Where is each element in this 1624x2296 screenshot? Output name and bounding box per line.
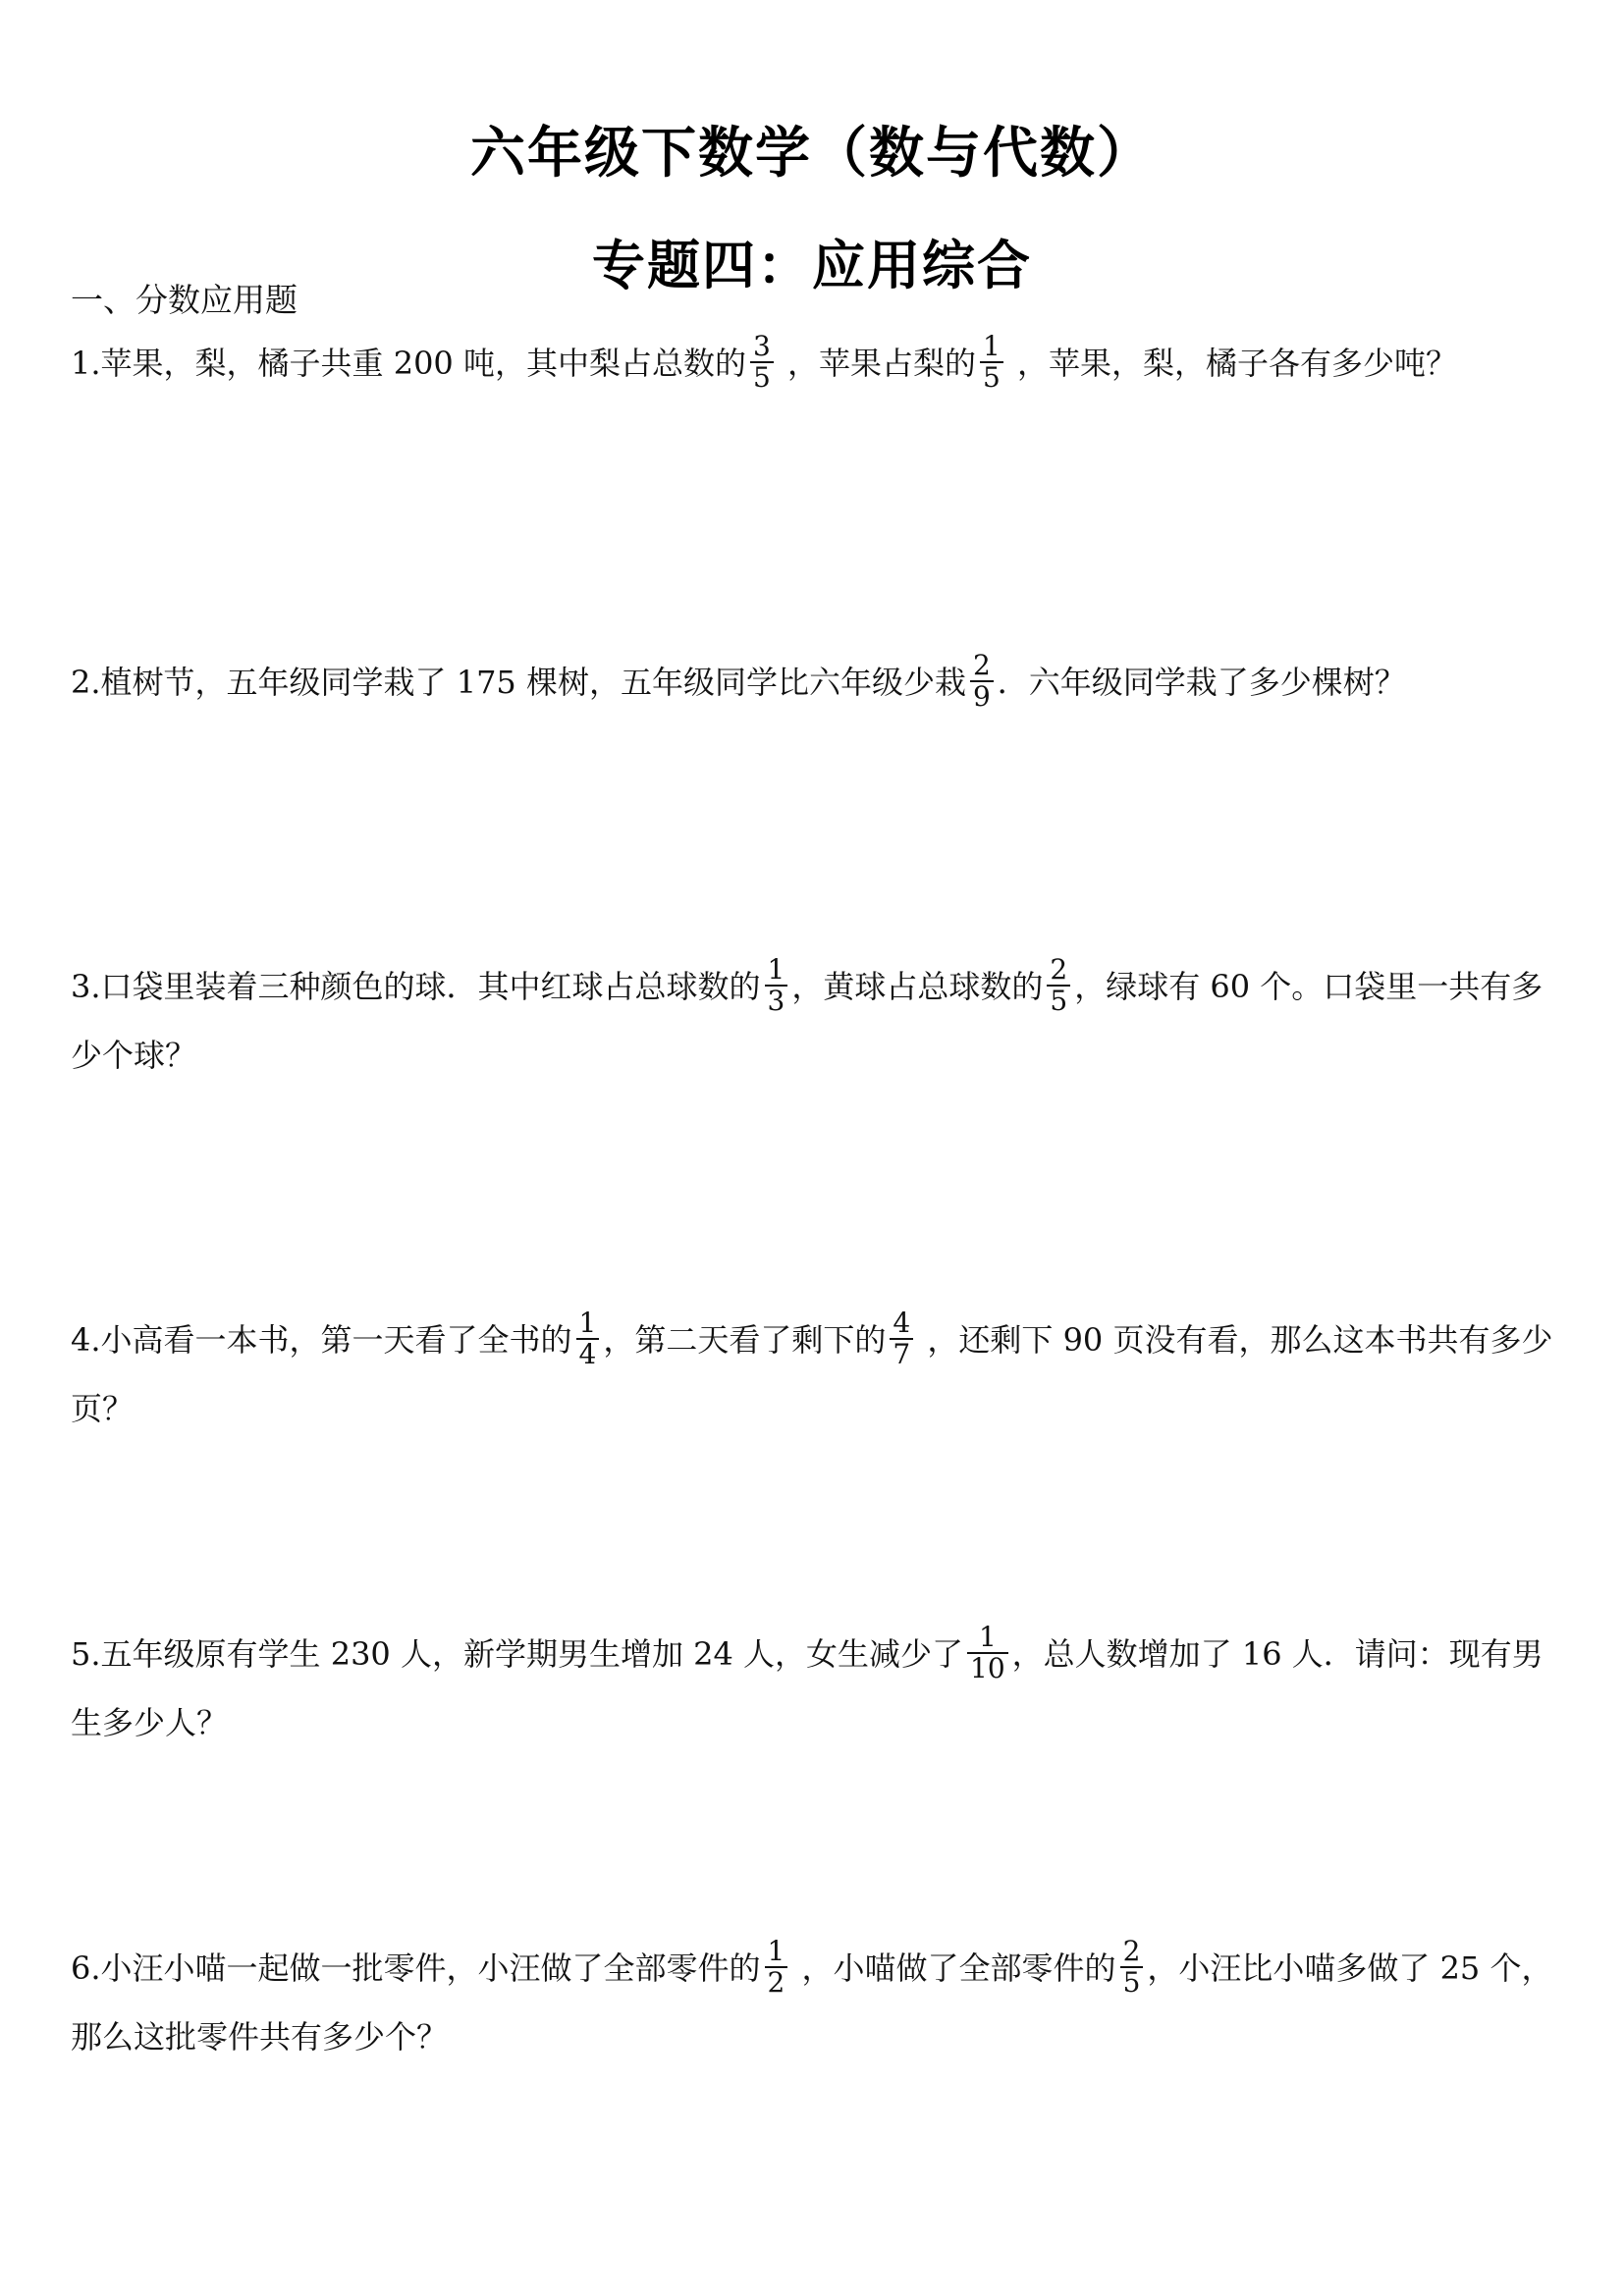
question-number: 4. (71, 1321, 101, 1359)
question-3: 3.口袋里装着三种颜色的球．其中红球占总球数的13，黄球占总球数的25，绿球有 … (71, 952, 1563, 1090)
question-6: 6.小汪小喵一起做一批零件，小汪做了全部零件的12 ，小喵做了全部零件的25，小… (71, 1934, 1563, 2071)
page-title: 六年级下数学（数与代数） (0, 110, 1624, 188)
fraction: 14 (576, 1308, 600, 1368)
question-5: 5.五年级原有学生 230 人，新学期男生增加 24 人，女生减少了110，总人… (71, 1620, 1563, 1757)
fraction: 12 (765, 1937, 788, 1997)
fraction-numerator: 4 (890, 1308, 913, 1337)
fraction-numerator: 1 (980, 332, 1003, 360)
fraction-denominator: 5 (750, 361, 774, 392)
question-text: ，苹果占梨的 (778, 345, 976, 382)
fraction-denominator: 10 (967, 1652, 1008, 1682)
fraction-denominator: 5 (1120, 1966, 1144, 1997)
question-text: ，第二天看了剩下的 (603, 1321, 886, 1359)
fraction-numerator: 1 (765, 955, 788, 984)
fraction: 29 (970, 651, 994, 711)
question-text: 植树节，五年级同学栽了 175 棵树，五年级同学比六年级少栽 (101, 664, 966, 701)
fraction: 25 (1047, 955, 1070, 1015)
question-number: 1. (71, 345, 101, 382)
question-text: ，苹果，梨，橘子各有多少吨？ (1007, 345, 1457, 382)
fraction-denominator: 9 (970, 680, 994, 711)
fraction-numerator: 1 (576, 1308, 600, 1337)
question-text: 五年级原有学生 230 人，新学期男生增加 24 人，女生减少了 (101, 1635, 964, 1673)
question-text: 小高看一本书，第一天看了全书的 (101, 1321, 572, 1359)
question-1: 1.苹果，梨，橘子共重 200 吨，其中梨占总数的35 ，苹果占梨的15 ，苹果… (71, 329, 1563, 398)
question-text: ，小喵做了全部零件的 (791, 1949, 1115, 1987)
fraction-numerator: 2 (1120, 1937, 1144, 1965)
fraction-numerator: 3 (750, 332, 774, 360)
fraction-numerator: 2 (1047, 955, 1070, 984)
question-text: 苹果，梨，橘子共重 200 吨，其中梨占总数的 (101, 345, 746, 382)
fraction-denominator: 7 (890, 1338, 913, 1368)
fraction: 15 (980, 332, 1003, 392)
question-number: 3. (71, 968, 101, 1005)
question-text: ，黄球占总球数的 (791, 968, 1043, 1005)
fraction-denominator: 3 (765, 985, 788, 1015)
section-heading: 一、分数应用题 (71, 275, 298, 321)
fraction: 13 (765, 955, 788, 1015)
fraction: 25 (1120, 1937, 1144, 1997)
fraction: 47 (890, 1308, 913, 1368)
question-number: 2. (71, 664, 101, 701)
fraction-numerator: 1 (765, 1937, 788, 1965)
fraction-numerator: 2 (970, 651, 994, 679)
question-number: 5. (71, 1635, 101, 1673)
question-2: 2.植树节，五年级同学栽了 175 棵树，五年级同学比六年级少栽29．六年级同学… (71, 648, 1563, 717)
fraction-denominator: 2 (765, 1966, 788, 1997)
question-4: 4.小高看一本书，第一天看了全书的14，第二天看了剩下的47 ，还剩下 90 页… (71, 1306, 1563, 1443)
fraction: 110 (967, 1623, 1008, 1682)
fraction: 35 (750, 332, 774, 392)
fraction-denominator: 5 (1047, 985, 1070, 1015)
fraction-denominator: 5 (980, 361, 1003, 392)
fraction-numerator: 1 (976, 1623, 1000, 1651)
fraction-denominator: 4 (576, 1338, 600, 1368)
question-text: 小汪小喵一起做一批零件，小汪做了全部零件的 (101, 1949, 761, 1987)
question-number: 6. (71, 1949, 101, 1987)
question-text: ．六年级同学栽了多少棵树？ (998, 664, 1406, 701)
question-text: 口袋里装着三种颜色的球．其中红球占总球数的 (101, 968, 761, 1005)
